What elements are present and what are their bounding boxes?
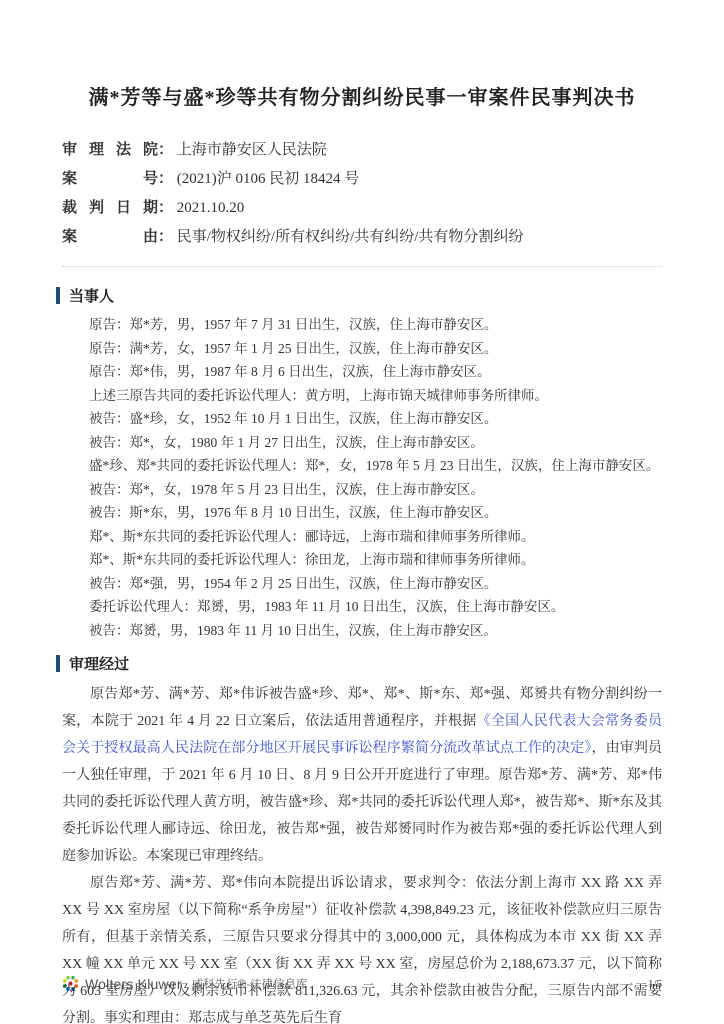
- judgment-document-page: 满*芳等与盛*珍等共有物分割纠纷民事一审案件民事判决书 审理法院： 上海市静安区…: [0, 0, 724, 1024]
- party-line: 被告：斯*东，男，1976 年 8 月 10 日出生，汉族，住上海市静安区。: [62, 501, 662, 525]
- party-line: 郑*、斯*东共同的委托诉讼代理人：郦诗远，上海市瑞和律师事务所律师。: [62, 525, 662, 549]
- party-line: 被告：郑赟，男，1983 年 11 月 10 日出生，汉族，住上海市静安区。: [62, 619, 662, 643]
- section-title: 当事人: [69, 285, 114, 306]
- meta-row-cause-of-action: 案由： 民事/物权纠纷/所有权纠纷/共有纠纷/共有物分割纠纷: [62, 223, 662, 252]
- meta-label: 裁判日期: [62, 194, 158, 223]
- party-line: 委托诉讼代理人：郑赟，男，1983 年 11 月 10 日出生，汉族，住上海市静…: [62, 595, 662, 619]
- brand-group: Wolters Kluwer 威科先行®·法律信息库: [62, 975, 308, 992]
- party-line: 原告：郑*芳，男，1957 年 7 月 31 日出生，汉族，住上海市静安区。: [62, 313, 662, 337]
- page-footer: Wolters Kluwer 威科先行®·法律信息库 1/5: [62, 975, 662, 992]
- party-line: 原告：满*芳，女，1957 年 1 月 25 日出生，汉族，住上海市静安区。: [62, 337, 662, 361]
- section-accent-bar: [56, 287, 60, 304]
- party-line: 被告：郑*，女，1980 年 1 月 27 日出生，汉族，住上海市静安区。: [62, 431, 662, 455]
- meta-colon: ：: [158, 142, 173, 158]
- document-title: 满*芳等与盛*珍等共有物分割纠纷民事一审案件民事判决书: [62, 84, 662, 112]
- meta-row-case-number: 案号： (2021)沪 0106 民初 18424 号: [62, 165, 662, 194]
- meta-label: 案由: [62, 223, 158, 252]
- party-line: 上述三原告共同的委托诉讼代理人：黄方明，上海市锦天城律师事务所律师。: [62, 384, 662, 408]
- case-metadata: 审理法院： 上海市静安区人民法院 案号： (2021)沪 0106 民初 184…: [62, 136, 662, 252]
- party-line: 郑*、斯*东共同的委托诉讼代理人：徐田龙，上海市瑞和律师事务所律师。: [62, 548, 662, 572]
- meta-label: 案号: [62, 165, 158, 194]
- meta-colon: ：: [158, 200, 173, 216]
- product-name: 威科先行®·法律信息库: [192, 976, 308, 992]
- party-line: 被告：盛*珍，女，1952 年 10 月 1 日出生，汉族，住上海市静安区。: [62, 407, 662, 431]
- parties-list: 原告：郑*芳，男，1957 年 7 月 31 日出生，汉族，住上海市静安区。 原…: [62, 313, 662, 642]
- party-line: 被告：郑*，女，1978 年 5 月 23 日出生，汉族，住上海市静安区。: [62, 478, 662, 502]
- meta-row-judgment-date: 裁判日期： 2021.10.20: [62, 194, 662, 223]
- judgment-date: 2021.10.20: [177, 200, 245, 216]
- party-line: 被告：郑*强，男，1954 年 2 月 25 日出生，汉族，住上海市静安区。: [62, 572, 662, 596]
- meta-label: 审理法院: [62, 136, 158, 165]
- section-title: 审理经过: [69, 653, 129, 674]
- brand-name: Wolters Kluwer: [85, 976, 182, 992]
- wolters-kluwer-logo-icon: [62, 975, 79, 992]
- section-heading-trial-process: 审理经过: [56, 653, 662, 674]
- party-line: 原告：郑*伟，男，1987 年 8 月 6 日出生，汉族，住上海市静安区。: [62, 360, 662, 384]
- section-heading-parties: 当事人: [56, 285, 662, 306]
- trial-process-paragraph: 原告郑*芳、满*芳、郑*伟诉被告盛*珍、郑*、郑*、斯*东、郑*强、郑赟共有物分…: [62, 681, 662, 870]
- section-accent-bar: [56, 655, 60, 672]
- page-number: 1/5: [648, 978, 662, 990]
- cause-of-action: 民事/物权纠纷/所有权纠纷/共有纠纷/共有物分割纠纷: [177, 229, 524, 245]
- claims-paragraph: 原告郑*芳、满*芳、郑*伟向本院提出诉讼请求，要求判令：依法分割上海市 XX 路…: [62, 870, 662, 1024]
- meta-colon: ：: [158, 171, 173, 187]
- meta-row-court: 审理法院： 上海市静安区人民法院: [62, 136, 662, 165]
- case-number: (2021)沪 0106 民初 18424 号: [177, 171, 360, 187]
- court-name: 上海市静安区人民法院: [177, 142, 327, 158]
- party-line: 盛*珍、郑*共同的委托诉讼代理人：郑*，女，1978 年 5 月 23 日出生，…: [62, 454, 662, 478]
- meta-colon: ：: [158, 229, 173, 245]
- dotted-divider: [62, 266, 662, 267]
- paragraph-text: ，由审判员一人独任审理，于 2021 年 6 月 10 日、8 月 9 日公开开…: [62, 741, 662, 864]
